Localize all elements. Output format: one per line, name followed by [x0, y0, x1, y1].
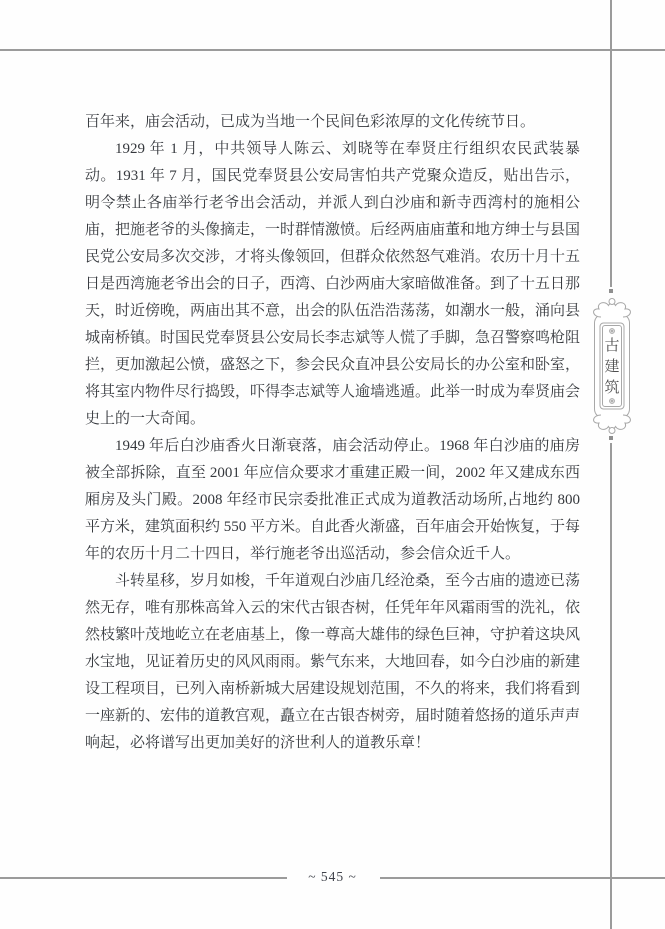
top-border-rule: [0, 49, 665, 51]
body-text: 百年来，庙会活动，已成为当地一个民间色彩浓厚的文化传统节日。1929 年 1 月…: [85, 109, 580, 757]
side-tab-label: 古建筑: [589, 327, 635, 407]
side-tab-char: 建: [604, 359, 619, 375]
paragraph: 1949 年后白沙庙香火日渐衰落，庙会活动停止。1968 年白沙庙的庙房被全部拆…: [85, 433, 580, 568]
right-border-rule-bottom: [610, 443, 612, 929]
rule-end-dot-top: [609, 289, 613, 293]
paragraph: 斗转星移，岁月如梭，千年道观白沙庙几经沧桑，至今古庙的遗迹已荡然无存，唯有那株高…: [85, 568, 580, 757]
paragraph: 1929 年 1 月，中共领导人陈云、刘晓等在奉贤庄行组织农民武装暴动。1931…: [85, 136, 580, 433]
side-tab-char: 筑: [604, 380, 619, 396]
side-tab: 古建筑: [589, 297, 635, 435]
paragraph: 百年来，庙会活动，已成为当地一个民间色彩浓厚的文化传统节日。: [85, 109, 580, 136]
page-number: ~ 545 ~: [0, 869, 665, 885]
side-tab-char: 古: [604, 338, 619, 354]
right-border-rule-top: [610, 0, 612, 287]
book-page: 古建筑 百年来，庙会活动，已成为当地一个民间色彩浓厚的文化传统节日。1929 年…: [0, 0, 665, 929]
rule-end-dot-bottom: [609, 436, 613, 440]
